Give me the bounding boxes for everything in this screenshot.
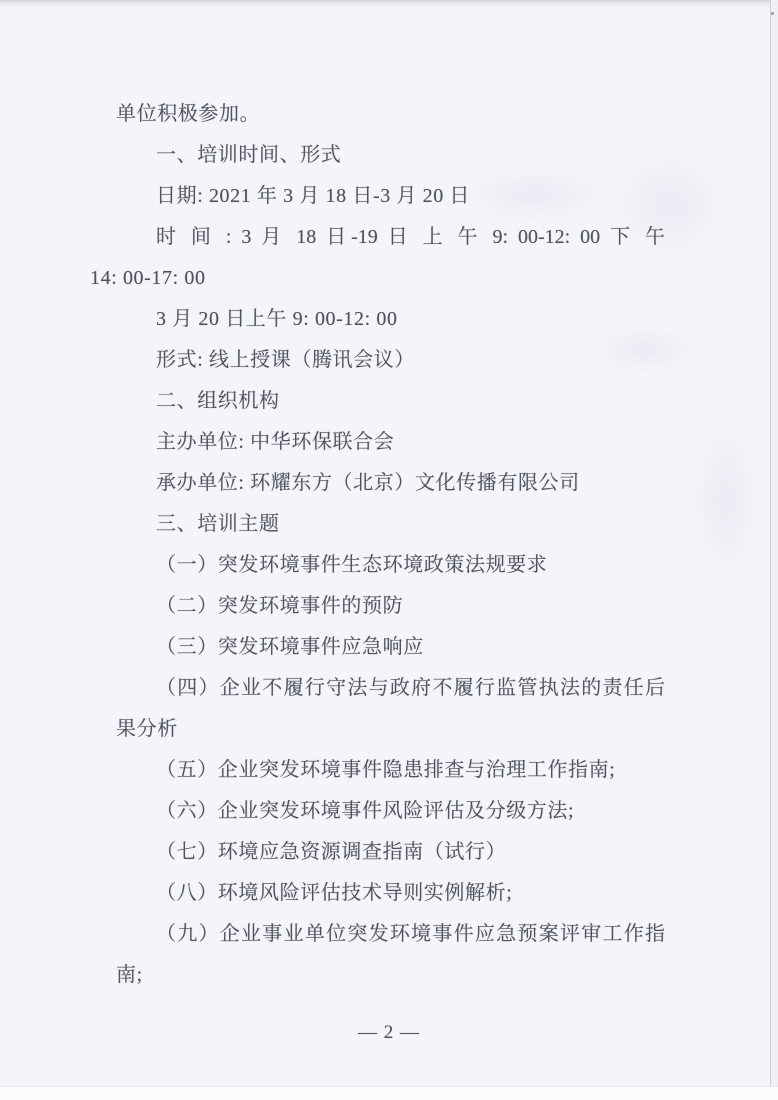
text-line: 日期: 2021 年 3 月 18 日-3 月 20 日 bbox=[90, 176, 665, 217]
page-number: — 2 — bbox=[358, 1022, 420, 1043]
page-footer: — 2 — bbox=[0, 1012, 778, 1053]
text-line: 3 月 20 日上午 9: 00-12: 00 bbox=[90, 299, 665, 340]
scan-bottom-edge bbox=[0, 1086, 778, 1100]
text-line: （四）企业不履行守法与政府不履行监管执法的责任后 bbox=[90, 668, 665, 709]
text-line: （二）突发环境事件的预防 bbox=[90, 586, 665, 627]
text-line: 单位积极参加。 bbox=[90, 94, 665, 135]
scan-noise bbox=[690, 420, 760, 580]
scan-top-edge bbox=[0, 0, 778, 10]
text-line: 时 间 : 3 月 18 日-19 日 上 午 9: 00-12: 00 下 午 bbox=[90, 217, 665, 258]
text-line: 二、组织机构 bbox=[90, 381, 665, 422]
text-line: 形式: 线上授课（腾讯会议） bbox=[90, 340, 665, 381]
scan-speck bbox=[771, 12, 774, 15]
text-line: （一）突发环境事件生态环境政策法规要求 bbox=[90, 545, 665, 586]
text-line: 主办单位: 中华环保联合会 bbox=[90, 422, 665, 463]
text-line: 一、培训时间、形式 bbox=[90, 135, 665, 176]
text-line: （三）突发环境事件应急响应 bbox=[90, 627, 665, 668]
text-line: 南; bbox=[90, 955, 665, 996]
document-body-text: 单位积极参加。一、培训时间、形式日期: 2021 年 3 月 18 日-3 月 … bbox=[90, 94, 665, 996]
text-line: 三、培训主题 bbox=[90, 504, 665, 545]
text-line: （八）环境风险评估技术导则实例解析; bbox=[90, 873, 665, 914]
text-line: （五）企业突发环境事件隐患排查与治理工作指南; bbox=[90, 750, 665, 791]
text-line: 14: 00-17: 00 bbox=[90, 258, 665, 299]
text-line: （九）企业事业单位突发环境事件应急预案评审工作指 bbox=[90, 914, 665, 955]
scanned-document-page: 单位积极参加。一、培训时间、形式日期: 2021 年 3 月 18 日-3 月 … bbox=[0, 0, 778, 1100]
scan-right-edge bbox=[770, 0, 778, 1100]
text-line: 承办单位: 环耀东方（北京）文化传播有限公司 bbox=[90, 463, 665, 504]
text-line: 果分析 bbox=[90, 709, 665, 750]
text-line: （六）企业突发环境事件风险评估及分级方法; bbox=[90, 791, 665, 832]
text-line: （七）环境应急资源调查指南（试行） bbox=[90, 832, 665, 873]
